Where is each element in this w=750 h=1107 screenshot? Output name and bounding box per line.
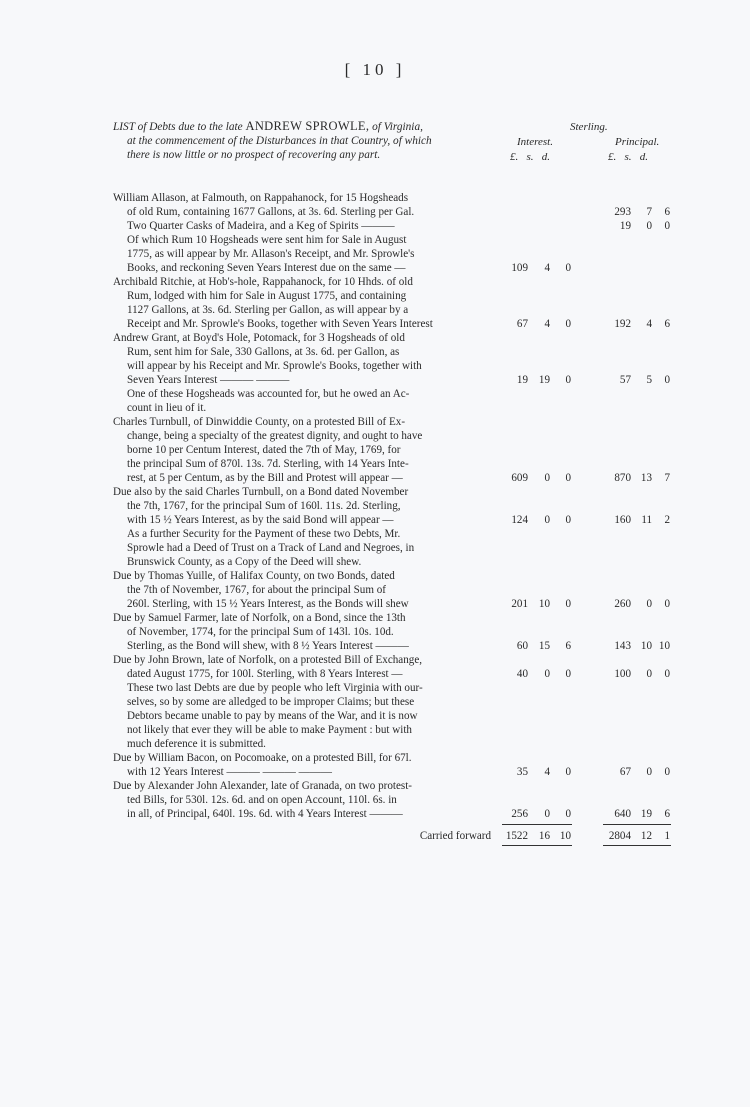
interest-shillings: 4 — [530, 317, 550, 331]
debt-entry-line: 260l. Sterling, with 15 ½ Years Interest… — [113, 597, 673, 611]
debt-entry-line: Of which Rum 10 Hogsheads were sent him … — [113, 233, 673, 247]
principal-shillings: 0 — [632, 667, 652, 681]
debt-entry-line: not likely that ever they will be able t… — [113, 723, 673, 737]
divider — [603, 845, 671, 846]
debt-entry-line: Due by William Bacon, on Pocomoake, on a… — [113, 751, 673, 765]
entry-text: Books, and reckoning Seven Years Interes… — [127, 261, 491, 275]
principal-pence: 6 — [654, 317, 670, 331]
entry-text: Due by John Brown, late of Norfolk, on a… — [113, 653, 491, 667]
divider — [502, 824, 572, 825]
entry-text: William Allason, at Falmouth, on Rappaha… — [113, 191, 491, 205]
entry-text: As a further Security for the Payment of… — [127, 527, 491, 541]
debt-entry-line: of November, 1774, for the principal Sum… — [113, 625, 673, 639]
heading-line-1: LIST of Debts due to the late ANDREW SPR… — [113, 119, 498, 134]
entry-text: Two Quarter Casks of Madeira, and a Keg … — [127, 219, 491, 233]
principal-pounds: 260 — [603, 597, 631, 611]
interest-shillings: 10 — [530, 597, 550, 611]
debt-entry-line: Due by Samuel Farmer, late of Norfolk, o… — [113, 611, 673, 625]
interest-shillings: 4 — [530, 261, 550, 275]
debt-entry-line: the 7th, 1767, for the principal Sum of … — [113, 499, 673, 513]
debt-entry-line: dated August 1775, for 100l. Sterling, w… — [113, 667, 673, 681]
principal-header: Principal. — [615, 136, 659, 148]
debt-entry-line: One of these Hogsheads was accounted for… — [113, 387, 673, 401]
interest-pounds: 60 — [500, 639, 528, 653]
entry-text: borne 10 per Centum Interest, dated the … — [127, 443, 491, 457]
principal-pounds: 293 — [603, 205, 631, 219]
list-heading: LIST of Debts due to the late ANDREW SPR… — [113, 119, 498, 162]
principal-pence: 0 — [654, 219, 670, 233]
principal-pounds: 19 — [603, 219, 631, 233]
debt-list: William Allason, at Falmouth, on Rappaha… — [113, 191, 673, 851]
debt-entry-line: Due by John Brown, late of Norfolk, on a… — [113, 653, 673, 667]
interest-pounds: 609 — [500, 471, 528, 485]
principal-pounds: 192 — [603, 317, 631, 331]
debt-entry-line: count in lieu of it. — [113, 401, 673, 415]
entry-text: Andrew Grant, at Boyd's Hole, Potomack, … — [113, 331, 491, 345]
debt-entry-line: Seven Years Interest ——— ———191905750 — [113, 373, 673, 387]
entry-text: the 7th of November, 1767, for about the… — [127, 583, 491, 597]
debt-entry-line: Sprowle had a Deed of Trust on a Track o… — [113, 541, 673, 555]
entry-text: 1127 Gallons, at 3s. 6d. Sterling per Ga… — [127, 303, 491, 317]
currency-header: Sterling. — [570, 121, 608, 133]
entry-text: Rum, lodged with him for Sale in August … — [127, 289, 491, 303]
debt-entry-line: Debtors became unable to pay by means of… — [113, 709, 673, 723]
principal-pence: 0 — [654, 373, 670, 387]
interest-shillings: 15 — [530, 639, 550, 653]
interest-pence: 0 — [553, 513, 571, 527]
interest-pence: 0 — [553, 317, 571, 331]
principal-shillings: 13 — [632, 471, 652, 485]
entry-text: will appear by his Receipt and Mr. Sprow… — [127, 359, 491, 373]
principal-shillings: 10 — [632, 639, 652, 653]
interest-pounds: 201 — [500, 597, 528, 611]
heading-line-3: there is now little or no prospect of re… — [113, 148, 498, 162]
principal-shillings: 0 — [632, 765, 652, 779]
principal-pence: 0 — [654, 765, 670, 779]
debt-entry-line: will appear by his Receipt and Mr. Sprow… — [113, 359, 673, 373]
debt-entry-line: Rum, sent him for Sale, 330 Gallons, at … — [113, 345, 673, 359]
interest-pounds: 109 — [500, 261, 528, 275]
principal-pence: 2 — [654, 513, 670, 527]
principal-pence: 10 — [654, 639, 670, 653]
entry-text: Due by Samuel Farmer, late of Norfolk, o… — [113, 611, 491, 625]
interest-pounds: 35 — [500, 765, 528, 779]
interest-pounds: 19 — [500, 373, 528, 387]
total-principal-pence: 1 — [654, 829, 670, 843]
principal-pounds: 100 — [603, 667, 631, 681]
interest-pence: 0 — [553, 373, 571, 387]
debt-entry-line: Due by Thomas Yuille, of Halifax County,… — [113, 569, 673, 583]
principal-shillings: 0 — [632, 597, 652, 611]
principal-shillings: 19 — [632, 807, 652, 821]
carried-forward-label: Carried forward — [403, 829, 491, 843]
principal-pounds: 640 — [603, 807, 631, 821]
interest-pounds: 256 — [500, 807, 528, 821]
debt-entry-line: Andrew Grant, at Boyd's Hole, Potomack, … — [113, 331, 673, 345]
principal-shillings: 11 — [632, 513, 652, 527]
carried-forward-row: Carried forward152216102804121 — [113, 829, 673, 843]
entry-text: count in lieu of it. — [127, 401, 491, 415]
debt-entry-line: These two last Debts are due by people w… — [113, 681, 673, 695]
debt-entry-line: Brunswick County, as a Copy of the Deed … — [113, 555, 673, 569]
interest-pounds: 40 — [500, 667, 528, 681]
debt-entry-line: Books, and reckoning Seven Years Interes… — [113, 261, 673, 275]
entry-text: the 7th, 1767, for the principal Sum of … — [127, 499, 491, 513]
interest-shillings: 0 — [530, 807, 550, 821]
entry-text: Receipt and Mr. Sprowle's Books, togethe… — [127, 317, 491, 331]
entry-text: not likely that ever they will be able t… — [127, 723, 491, 737]
debt-entry-line: 1775, as will appear by Mr. Allason's Re… — [113, 247, 673, 261]
divider — [502, 845, 572, 846]
total-principal-shillings: 12 — [632, 829, 652, 843]
debt-entry-line: the 7th of November, 1767, for about the… — [113, 583, 673, 597]
debt-entry-line: rest, at 5 per Centum, as by the Bill an… — [113, 471, 673, 485]
principal-pence: 7 — [654, 471, 670, 485]
debt-entry-line: Two Quarter Casks of Madeira, and a Keg … — [113, 219, 673, 233]
interest-shillings: 4 — [530, 765, 550, 779]
principal-pounds: 870 — [603, 471, 631, 485]
interest-pence: 0 — [553, 765, 571, 779]
interest-pence: 6 — [553, 639, 571, 653]
entry-text: 260l. Sterling, with 15 ½ Years Interest… — [127, 597, 491, 611]
entry-text: Due also by the said Charles Turnbull, o… — [113, 485, 491, 499]
entry-text: with 12 Years Interest ——— ——— ——— — [127, 765, 491, 779]
debt-entry-line: Due also by the said Charles Turnbull, o… — [113, 485, 673, 499]
entry-text: Due by Alexander John Alexander, late of… — [113, 779, 491, 793]
principal-pounds: 143 — [603, 639, 631, 653]
interest-shillings: 0 — [530, 667, 550, 681]
entry-text: Archibald Ritchie, at Hob's-hole, Rappah… — [113, 275, 491, 289]
entry-text: One of these Hogsheads was accounted for… — [127, 387, 491, 401]
principal-shillings: 5 — [632, 373, 652, 387]
total-interest-pence: 10 — [553, 829, 571, 843]
debt-entry-line: change, being a specialty of the greates… — [113, 429, 673, 443]
debt-entry-line: Due by Alexander John Alexander, late of… — [113, 779, 673, 793]
interest-pounds: 67 — [500, 317, 528, 331]
debt-entry-line: with 15 ½ Years Interest, as by the said… — [113, 513, 673, 527]
entry-text: with 15 ½ Years Interest, as by the said… — [127, 513, 491, 527]
principal-pounds: 57 — [603, 373, 631, 387]
heading-line-2: at the commencement of the Disturbances … — [113, 134, 498, 148]
debt-entry-line: Archibald Ritchie, at Hob's-hole, Rappah… — [113, 275, 673, 289]
divider — [603, 824, 671, 825]
heading-prefix: LIST of Debts due to the late — [113, 121, 243, 133]
debt-entry-line: Sterling, as the Bond will shew, with 8 … — [113, 639, 673, 653]
entry-text: Sterling, as the Bond will shew, with 8 … — [127, 639, 491, 653]
debt-entry-line: 1127 Gallons, at 3s. 6d. Sterling per Ga… — [113, 303, 673, 317]
sum-rule-row — [113, 843, 673, 851]
debt-entry-line: selves, so by some are alledged to be im… — [113, 695, 673, 709]
debt-entry-line: the principal Sum of 870l. 13s. 7d. Ster… — [113, 457, 673, 471]
principal-pounds: 160 — [603, 513, 631, 527]
principal-shillings: 0 — [632, 219, 652, 233]
debt-entry-line: in all, of Principal, 640l. 19s. 6d. wit… — [113, 807, 673, 821]
entry-text: Rum, sent him for Sale, 330 Gallons, at … — [127, 345, 491, 359]
entry-text: rest, at 5 per Centum, as by the Bill an… — [127, 471, 491, 485]
entry-text: Brunswick County, as a Copy of the Deed … — [127, 555, 491, 569]
entry-text: in all, of Principal, 640l. 19s. 6d. wit… — [127, 807, 491, 821]
principal-shillings: 4 — [632, 317, 652, 331]
entry-text: Due by William Bacon, on Pocomoake, on a… — [113, 751, 491, 765]
interest-shillings: 19 — [530, 373, 550, 387]
principal-units: £. s. d. — [608, 151, 648, 163]
interest-pence: 0 — [553, 597, 571, 611]
debt-entry-line: borne 10 per Centum Interest, dated the … — [113, 443, 673, 457]
entry-text: of November, 1774, for the principal Sum… — [127, 625, 491, 639]
page-number: [ 10 ] — [0, 60, 750, 80]
entry-text: Debtors became unable to pay by means of… — [127, 709, 491, 723]
heading-name: ANDREW SPROWLE, — [246, 119, 370, 133]
total-interest-shillings: 16 — [530, 829, 550, 843]
total-interest-pounds: 1522 — [500, 829, 528, 843]
entry-text: ted Bills, for 530l. 12s. 6d. and on ope… — [127, 793, 491, 807]
debt-entry-line: Rum, lodged with him for Sale in August … — [113, 289, 673, 303]
entry-text: Charles Turnbull, of Dinwiddie County, o… — [113, 415, 491, 429]
interest-shillings: 0 — [530, 471, 550, 485]
principal-pence: 0 — [654, 597, 670, 611]
entry-text: the principal Sum of 870l. 13s. 7d. Ster… — [127, 457, 491, 471]
total-principal-pounds: 2804 — [603, 829, 631, 843]
entry-text: Of which Rum 10 Hogsheads were sent him … — [127, 233, 491, 247]
debt-entry-line: of old Rum, containing 1677 Gallons, at … — [113, 205, 673, 219]
entry-text: selves, so by some are alledged to be im… — [127, 695, 491, 709]
principal-pounds: 67 — [603, 765, 631, 779]
entry-text: Sprowle had a Deed of Trust on a Track o… — [127, 541, 491, 555]
sum-rule-row — [113, 821, 673, 829]
interest-shillings: 0 — [530, 513, 550, 527]
interest-pence: 0 — [553, 261, 571, 275]
debt-entry-line: ted Bills, for 530l. 12s. 6d. and on ope… — [113, 793, 673, 807]
entry-text: Seven Years Interest ——— ——— — [127, 373, 491, 387]
entry-text: 1775, as will appear by Mr. Allason's Re… — [127, 247, 491, 261]
interest-pence: 0 — [553, 667, 571, 681]
principal-pence: 6 — [654, 205, 670, 219]
debt-entry-line: much deference it is submitted. — [113, 737, 673, 751]
interest-units: £. s. d. — [510, 151, 550, 163]
entry-text: dated August 1775, for 100l. Sterling, w… — [127, 667, 491, 681]
debt-entry-line: Charles Turnbull, of Dinwiddie County, o… — [113, 415, 673, 429]
entry-text: much deference it is submitted. — [127, 737, 491, 751]
entry-text: of old Rum, containing 1677 Gallons, at … — [127, 205, 491, 219]
interest-pence: 0 — [553, 471, 571, 485]
heading-suffix: of Virginia, — [372, 121, 423, 133]
principal-shillings: 7 — [632, 205, 652, 219]
principal-pence: 6 — [654, 807, 670, 821]
entry-text: Due by Thomas Yuille, of Halifax County,… — [113, 569, 491, 583]
debt-entry-line: As a further Security for the Payment of… — [113, 527, 673, 541]
interest-pounds: 124 — [500, 513, 528, 527]
debt-entry-line: William Allason, at Falmouth, on Rappaha… — [113, 191, 673, 205]
principal-pence: 0 — [654, 667, 670, 681]
entry-text: change, being a specialty of the greates… — [127, 429, 491, 443]
interest-pence: 0 — [553, 807, 571, 821]
debt-entry-line: Receipt and Mr. Sprowle's Books, togethe… — [113, 317, 673, 331]
debt-entry-line: with 12 Years Interest ——— ——— ———354067… — [113, 765, 673, 779]
entry-text: These two last Debts are due by people w… — [127, 681, 491, 695]
interest-header: Interest. — [517, 136, 553, 148]
